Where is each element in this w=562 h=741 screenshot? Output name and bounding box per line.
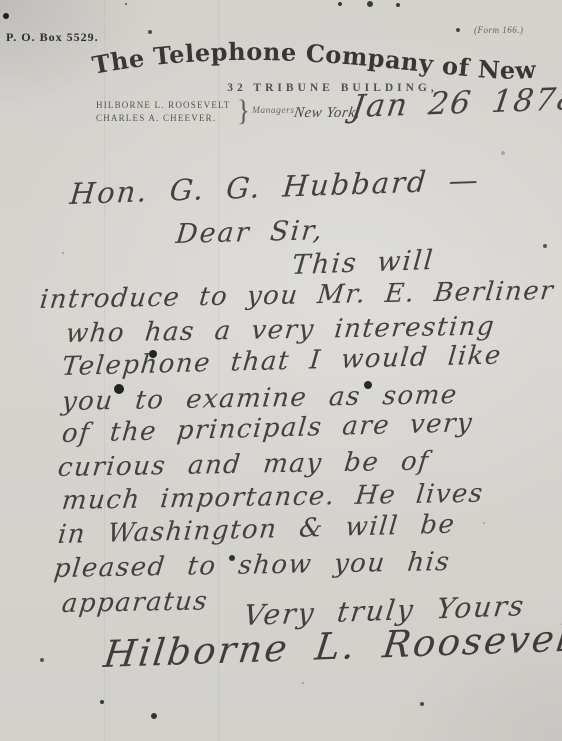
- ink-specks: [3, 13, 9, 19]
- body-line: introduce to you Mr. E. Berliner: [39, 278, 556, 313]
- body-line: much importance. He lives: [61, 481, 485, 514]
- signature: Hilborne L. Roosevelt: [102, 619, 562, 673]
- body-line: pleased to show you his: [53, 549, 452, 582]
- body-line: in Washington & will be: [57, 512, 457, 548]
- dateline-date-handwritten: Jan 26 1878: [350, 84, 562, 123]
- managers-label: Managers: [252, 106, 295, 116]
- body-line: apparatus: [61, 588, 210, 617]
- manager-name: HILBORNE L. ROOSEVELT: [96, 99, 231, 112]
- svg-text:The Telephone Company of New Y: The Telephone Company of New York.: [88, 24, 546, 85]
- scanned-letter-page: { "letterhead": { "form_label": "(Form 1…: [0, 0, 562, 741]
- managers-brace: }: [237, 93, 250, 127]
- body-line: curious and may be of: [57, 448, 431, 481]
- manager-name: CHARLES A. CHEEVER.: [96, 112, 231, 125]
- company-title: The Telephone Company of New York.: [88, 24, 546, 85]
- body-line: This will: [291, 247, 436, 279]
- managers-block: HILBORNE L. ROOSEVELT CHARLES A. CHEEVER…: [96, 99, 231, 125]
- body-line: Telephone that I would like: [61, 342, 503, 380]
- salutation-greeting: Dear Sir,: [175, 217, 325, 248]
- salutation-recipient: Hon. G. G. Hubbard —: [69, 166, 481, 209]
- po-box-label: P. O. Box 5529.: [6, 30, 99, 45]
